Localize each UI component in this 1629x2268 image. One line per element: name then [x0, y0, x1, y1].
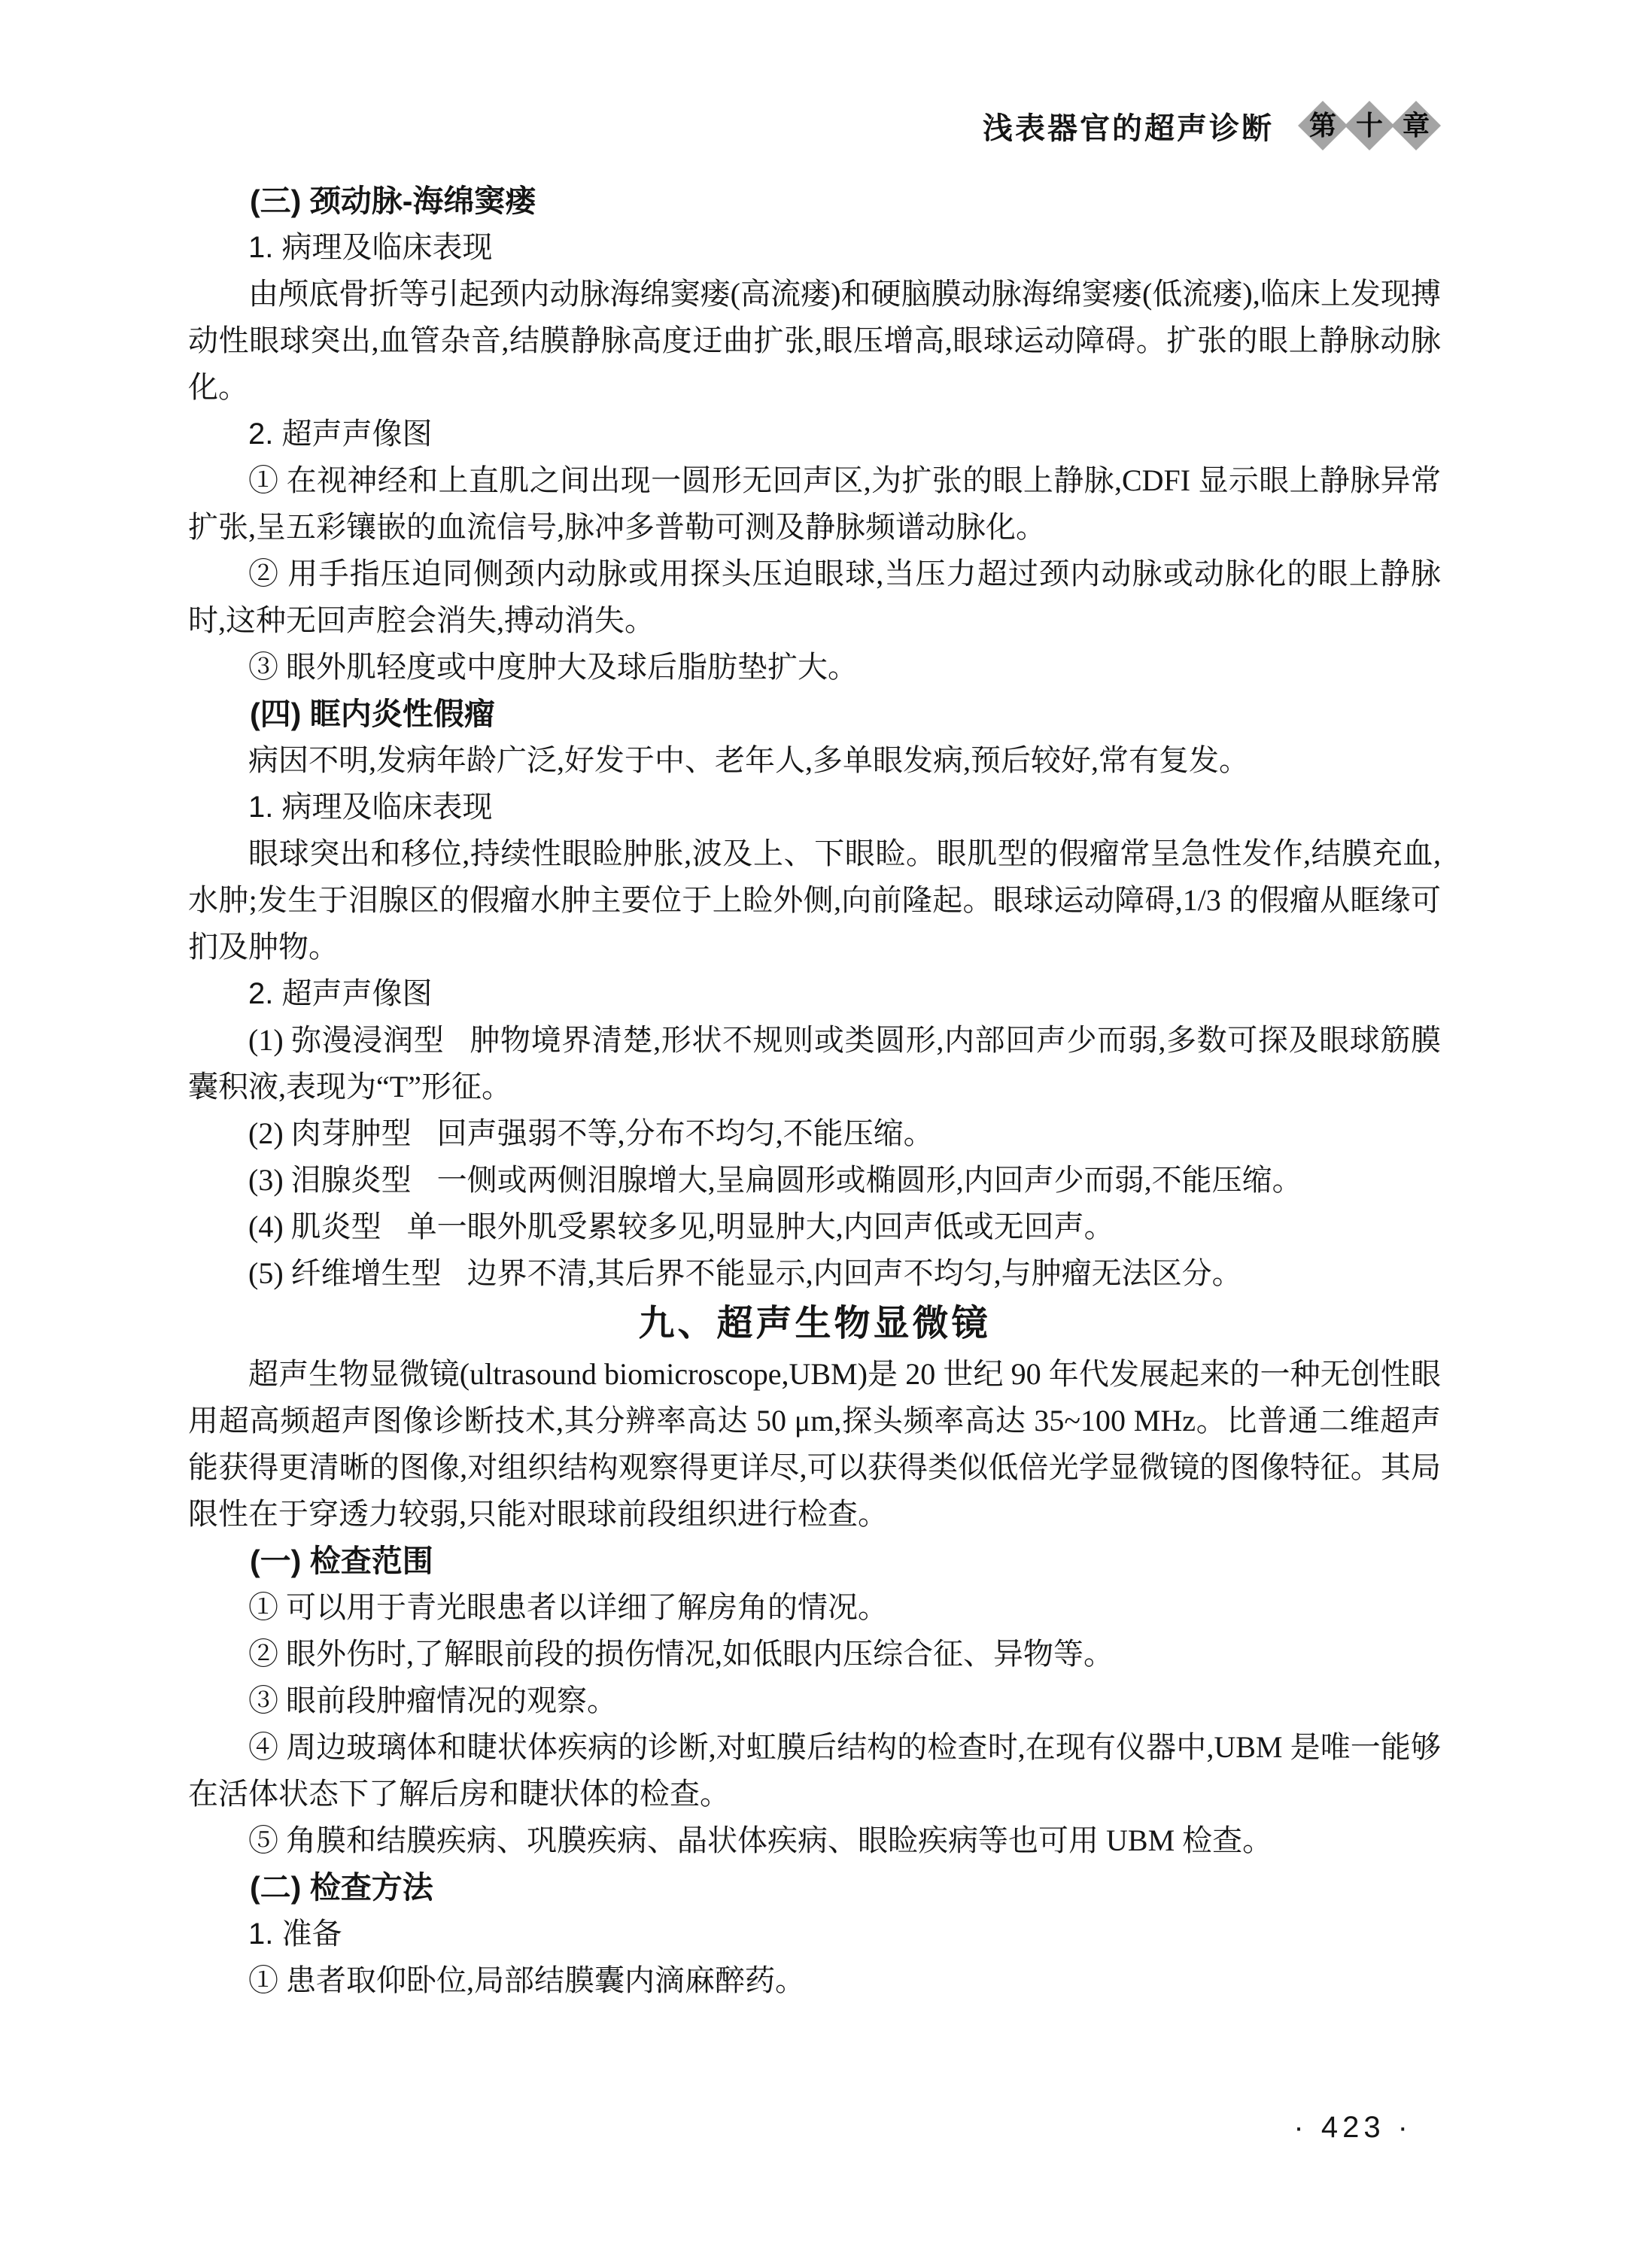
book-page: { "header": { "section_title": "浅表器官的超声诊…	[0, 0, 1629, 2268]
paragraph: ① 患者取仰卧位,局部结膜囊内滴麻醉药。	[188, 1957, 1441, 2004]
chapter-badge-diamond: 十	[1345, 101, 1394, 150]
section-heading: (一) 检查范围	[188, 1538, 1441, 1584]
item-description: 一侧或两侧泪腺增大,呈扁圆形或椭圆形,内回声少而弱,不能压缩。	[437, 1163, 1302, 1197]
sub-heading: 2. 超声声像图	[188, 411, 1441, 457]
paragraph: ⑤ 角膜和结膜疾病、巩膜疾病、晶状体疾病、眼睑疾病等也可用 UBM 检查。	[188, 1817, 1441, 1864]
sub-heading: 1. 准备	[188, 1911, 1441, 1957]
item-description: 单一眼外肌受累较多见,明显肿大,内回声低或无回声。	[407, 1210, 1114, 1243]
page-body: (三) 颈动脉-海绵窦瘘1. 病理及临床表现由颅底骨折等引起颈内动脉海绵窦瘘(高…	[188, 178, 1441, 2004]
item-term: (2) 肉芽肿型	[248, 1116, 412, 1150]
chapter-badge-character: 十	[1356, 112, 1383, 139]
classification-item: (4) 肌炎型单一眼外肌受累较多见,明显肿大,内回声低或无回声。	[188, 1204, 1441, 1250]
section-heading: (二) 检查方法	[188, 1864, 1441, 1911]
paragraph: 由颅底骨折等引起颈内动脉海绵窦瘘(高流瘘)和硬脑膜动脉海绵窦瘘(低流瘘),临床上…	[188, 271, 1441, 411]
paragraph: ③ 眼前段肿瘤情况的观察。	[188, 1677, 1441, 1724]
item-term: (1) 弥漫浸润型	[248, 1023, 444, 1057]
chapter-badge-diamond: 第	[1298, 101, 1348, 150]
chapter-section-title: 九、超声生物显微镜	[188, 1297, 1441, 1351]
chapter-badge-diamond: 章	[1391, 101, 1441, 150]
classification-item: (1) 弥漫浸润型肿物境界清楚,形状不规则或类圆形,内部回声少而弱,多数可探及眼…	[188, 1017, 1441, 1110]
paragraph: ① 在视神经和上直肌之间出现一圆形无回声区,为扩张的眼上静脉,CDFI 显示眼上…	[188, 457, 1441, 551]
sub-heading: 1. 病理及临床表现	[188, 784, 1441, 830]
paragraph: 眼球突出和移位,持续性眼睑肿胀,波及上、下眼睑。眼肌型的假瘤常呈急性发作,结膜充…	[188, 830, 1441, 970]
classification-item: (5) 纤维增生型边界不清,其后界不能显示,内回声不均匀,与肿瘤无法区分。	[188, 1250, 1441, 1297]
classification-item: (2) 肉芽肿型回声强弱不等,分布不均匀,不能压缩。	[188, 1110, 1441, 1157]
chapter-badge-character: 章	[1403, 112, 1430, 139]
paragraph: ② 眼外伤时,了解眼前段的损伤情况,如低眼内压综合征、异物等。	[188, 1631, 1441, 1677]
sub-heading: 2. 超声声像图	[188, 970, 1441, 1017]
item-description: 边界不清,其后界不能显示,内回声不均匀,与肿瘤无法区分。	[467, 1256, 1242, 1290]
item-term: (4) 肌炎型	[248, 1210, 381, 1243]
paragraph: 病因不明,发病年龄广泛,好发于中、老年人,多单眼发病,预后较好,常有复发。	[188, 737, 1441, 784]
chapter-badge: 第十章	[1301, 101, 1441, 150]
running-head: 浅表器官的超声诊断 第十章	[188, 99, 1441, 152]
paragraph: ① 可以用于青光眼患者以详细了解房角的情况。	[188, 1584, 1441, 1631]
item-description: 回声强弱不等,分布不均匀,不能压缩。	[437, 1116, 934, 1150]
running-head-section-title: 浅表器官的超声诊断	[983, 105, 1274, 147]
section-heading: (三) 颈动脉-海绵窦瘘	[188, 178, 1441, 224]
page-number: · 423 ·	[1293, 2111, 1412, 2145]
chapter-badge-character: 第	[1309, 112, 1336, 139]
paragraph: ② 用手指压迫同侧颈内动脉或用探头压迫眼球,当压力超过颈内动脉或动脉化的眼上静脉…	[188, 551, 1441, 644]
classification-item: (3) 泪腺炎型一侧或两侧泪腺增大,呈扁圆形或椭圆形,内回声少而弱,不能压缩。	[188, 1157, 1441, 1204]
section-heading: (四) 眶内炎性假瘤	[188, 691, 1441, 737]
sub-heading: 1. 病理及临床表现	[188, 224, 1441, 271]
paragraph: ③ 眼外肌轻度或中度肿大及球后脂肪垫扩大。	[188, 644, 1441, 691]
item-term: (5) 纤维增生型	[248, 1256, 442, 1290]
paragraph: 超声生物显微镜(ultrasound biomicroscope,UBM)是 2…	[188, 1351, 1441, 1538]
item-term: (3) 泪腺炎型	[248, 1163, 412, 1197]
paragraph: ④ 周边玻璃体和睫状体疾病的诊断,对虹膜后结构的检查时,在现有仪器中,UBM 是…	[188, 1724, 1441, 1817]
